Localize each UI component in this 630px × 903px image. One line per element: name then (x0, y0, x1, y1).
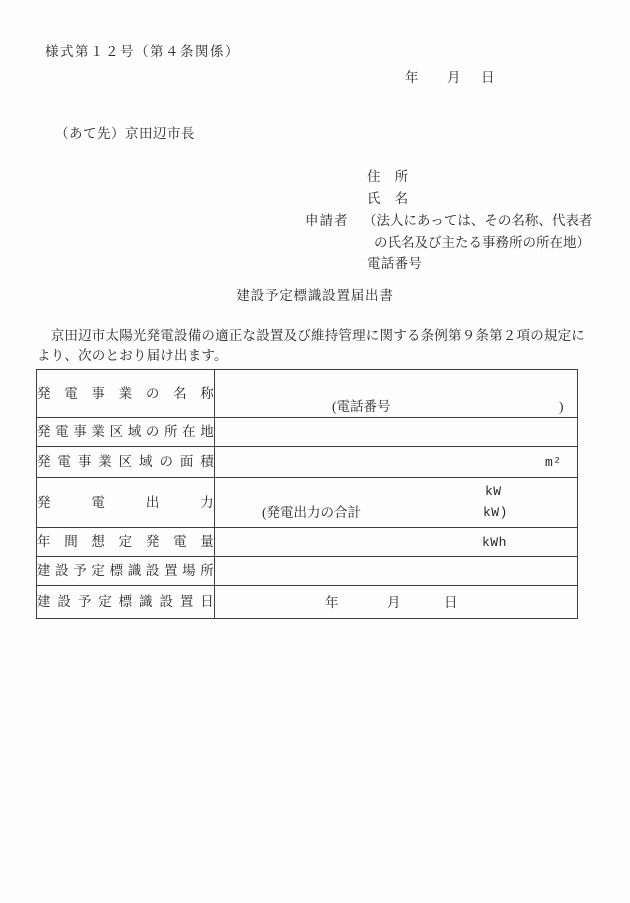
application-table: 発電事業の名称 (電話番号 ) 発電事業区域の所在地 発電事業区域の面積 m² … (36, 369, 578, 619)
row-label-area-location: 発電事業区域の所在地 (37, 418, 215, 447)
table-row: 発電事業区域の面積 m² (37, 447, 578, 478)
applicant-phone-label: 電話番号 (367, 257, 422, 271)
row-label-annual-generation: 年間想定発電量 (37, 528, 215, 557)
date-month-label: 月 (447, 71, 461, 85)
document-page: 様式第１２号（第４条関係） 年 月 日 （あて先）京田辺市長 申請者 住 所 氏… (0, 0, 630, 903)
applicant-address-label: 住 所 (367, 170, 408, 184)
row-label-power-output: 発電出力 (37, 478, 215, 528)
applicant-label: 申請者 (305, 214, 349, 228)
table-row: 発電出力 kW (発電出力の合計 kW) (37, 478, 578, 528)
kwh-unit: kWh (482, 536, 507, 549)
square-meter-unit: m² (545, 456, 562, 469)
kw-total-unit: kW) (483, 506, 508, 519)
row-label-sign-location: 建設予定標識設置場所 (37, 557, 215, 586)
date-day-label: 日 (481, 71, 495, 85)
field-sign-location (215, 557, 578, 586)
applicant-corp-note-line2: の氏名及び主たる事務所の所在地） (374, 236, 590, 250)
table-row: 発電事業区域の所在地 (37, 418, 578, 447)
phone-number-prefix: (電話番号 (332, 400, 391, 414)
addressee-line: （あて先）京田辺市長 (55, 127, 195, 141)
field-business-name: (電話番号 ) (215, 370, 578, 418)
field-area-location (215, 418, 578, 447)
sign-date-day-label: 日 (444, 596, 458, 610)
phone-number-suffix: ) (559, 400, 564, 414)
table-row: 年間想定発電量 kWh (37, 528, 578, 557)
table-row: 建設予定標識設置場所 (37, 557, 578, 586)
document-title: 建設予定標識設置届出書 (0, 289, 630, 303)
form-number: 様式第１２号（第４条関係） (45, 45, 240, 59)
submission-date-line: 年 月 日 (0, 71, 630, 87)
sign-date-month-label: 月 (387, 596, 401, 610)
row-label-area-size: 発電事業区域の面積 (37, 447, 215, 478)
field-power-output: kW (発電出力の合計 kW) (215, 478, 578, 528)
table-row: 発電事業の名称 (電話番号 ) (37, 370, 578, 418)
intro-paragraph: 京田辺市太陽光発電設備の適正な設置及び維持管理に関する条例第９条第２項の規定に … (37, 329, 585, 369)
field-area-size: m² (215, 447, 578, 478)
intro-line-1: 京田辺市太陽光発電設備の適正な設置及び維持管理に関する条例第９条第２項の規定に (37, 329, 585, 349)
sign-date-year-label: 年 (325, 596, 339, 610)
output-total-prefix: (発電出力の合計 (262, 506, 361, 520)
applicant-name-label: 氏 名 (367, 192, 408, 206)
kw-unit: kW (485, 485, 502, 498)
date-year-label: 年 (405, 71, 419, 85)
row-label-business-name: 発電事業の名称 (37, 370, 215, 418)
table-row: 建設予定標識設置日 年 月 日 (37, 586, 578, 619)
row-label-sign-date: 建設予定標識設置日 (37, 586, 215, 619)
field-annual-generation: kWh (215, 528, 578, 557)
field-sign-date: 年 月 日 (215, 586, 578, 619)
intro-line-2: より、次のとおり届け出ます。 (37, 349, 585, 369)
applicant-corp-note-line1: （法人にあっては、その名称、代表者 (363, 214, 592, 228)
